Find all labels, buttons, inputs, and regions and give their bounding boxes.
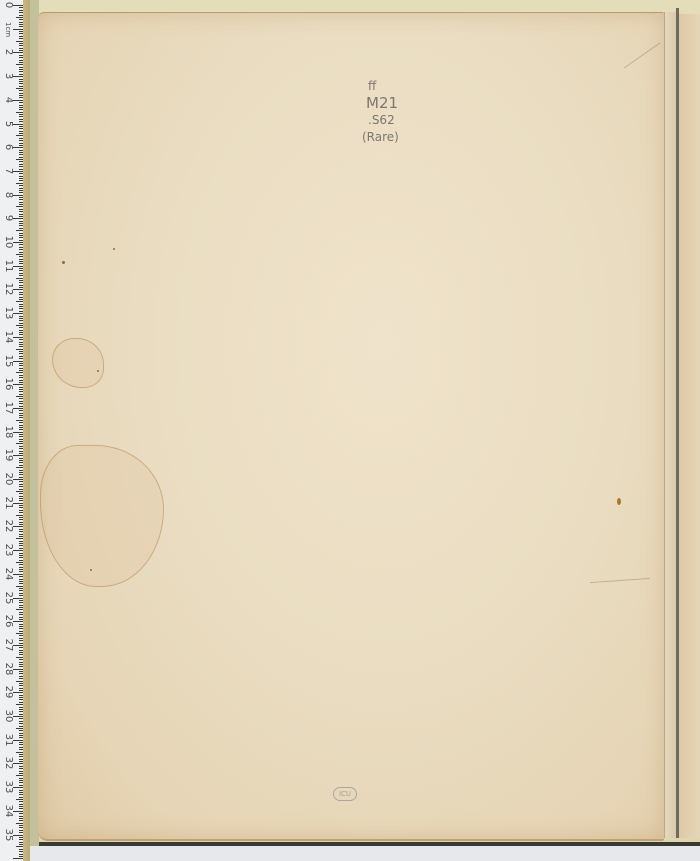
ruler-label: 18	[1, 425, 15, 439]
ruler-tick	[16, 443, 23, 444]
call-number-line-3: .S62	[360, 112, 420, 129]
ruler-tick	[16, 633, 23, 634]
ruler-label: 10	[1, 235, 15, 249]
ruler-label: 25	[1, 591, 15, 605]
ruler-label: 23	[1, 543, 15, 557]
ruler-tick	[16, 491, 23, 492]
document-page	[38, 12, 664, 841]
ruler-label: 7	[1, 164, 15, 178]
ruler-tick	[16, 799, 23, 800]
ruler-label: 4	[1, 93, 15, 107]
ruler-tick	[16, 17, 23, 18]
ruler-label: 1cm	[1, 22, 15, 36]
ruler-label: 17	[1, 401, 15, 415]
library-stamp: ICU	[333, 787, 357, 801]
ruler-tick	[16, 467, 23, 468]
ruler-label: 19	[1, 448, 15, 462]
foxing-spot	[62, 261, 65, 264]
ruler-label: 32	[1, 756, 15, 770]
ruler-tick	[16, 41, 23, 42]
ruler-tick	[16, 609, 23, 610]
ruler-tick	[16, 64, 23, 65]
ruler-label: 35	[1, 828, 15, 842]
ruler-tick	[16, 704, 23, 705]
ruler-label: 31	[1, 733, 15, 747]
ruler-label: 26	[1, 614, 15, 628]
ruler-label: 3	[1, 69, 15, 83]
ruler-label: 22	[1, 519, 15, 533]
ruler-tick	[16, 372, 23, 373]
ruler-tick	[16, 325, 23, 326]
ruler-tick	[16, 254, 23, 255]
ruler-tick	[16, 396, 23, 397]
ruler-label: 14	[1, 330, 15, 344]
call-number-line-4: (Rare)	[360, 129, 420, 146]
ruler-tick	[16, 515, 23, 516]
ruler-label: 30	[1, 709, 15, 723]
ruler-edge	[23, 0, 30, 861]
ruler-label: 15	[1, 354, 15, 368]
ruler-tick	[13, 858, 23, 859]
ruler-label: 12	[1, 282, 15, 296]
foxing-spot-orange	[617, 498, 621, 505]
ruler-label: 20	[1, 472, 15, 486]
ruler-tick	[16, 206, 23, 207]
ruler-tick	[16, 230, 23, 231]
ruler-tick	[16, 538, 23, 539]
scanner-bed-strip	[0, 846, 700, 861]
ruler-tick	[16, 562, 23, 563]
ruler-label: 21	[1, 496, 15, 510]
ruler-tick	[16, 88, 23, 89]
ruler-label: 11	[1, 259, 15, 273]
ruler-tick	[16, 301, 23, 302]
ruler-label: 28	[1, 662, 15, 676]
call-number-line-1: ff	[360, 78, 420, 95]
ruler-label: 6	[1, 140, 15, 154]
call-number-line-2: M21	[360, 95, 420, 112]
ruler-label: 34	[1, 804, 15, 818]
ruler-tick	[16, 775, 23, 776]
ruler-label: 0	[1, 0, 15, 12]
ruler-tick	[16, 349, 23, 350]
ruler-label: 2	[1, 45, 15, 59]
ruler-label: 29	[1, 685, 15, 699]
ruler-tick	[16, 657, 23, 658]
measurement-ruler: 01cm234567891011121314151617181920212223…	[0, 0, 24, 861]
ruler-tick	[16, 183, 23, 184]
ruler-label: 33	[1, 780, 15, 794]
ruler-label: 13	[1, 306, 15, 320]
ruler-tick	[16, 420, 23, 421]
ruler-label: 24	[1, 567, 15, 581]
ruler-label: 9	[1, 211, 15, 225]
ruler-label: 5	[1, 117, 15, 131]
ruler-tick	[16, 278, 23, 279]
ruler-tick	[16, 681, 23, 682]
ruler-tick	[16, 159, 23, 160]
ruler-tick	[16, 728, 23, 729]
foxing-spot	[90, 569, 92, 571]
ruler-label: 27	[1, 638, 15, 652]
foxing-spot	[97, 370, 99, 372]
ruler-tick	[16, 586, 23, 587]
ruler-tick	[16, 135, 23, 136]
ruler-label: 16	[1, 377, 15, 391]
ruler-tick	[16, 823, 23, 824]
ruler-tick	[16, 112, 23, 113]
ruler-tick	[16, 846, 23, 847]
ruler-label: 8	[1, 188, 15, 202]
adjacent-page-edge	[679, 14, 700, 838]
ruler-tick	[16, 752, 23, 753]
pencil-call-number: ff M21 .S62 (Rare)	[360, 78, 420, 146]
foxing-spot	[113, 248, 115, 250]
